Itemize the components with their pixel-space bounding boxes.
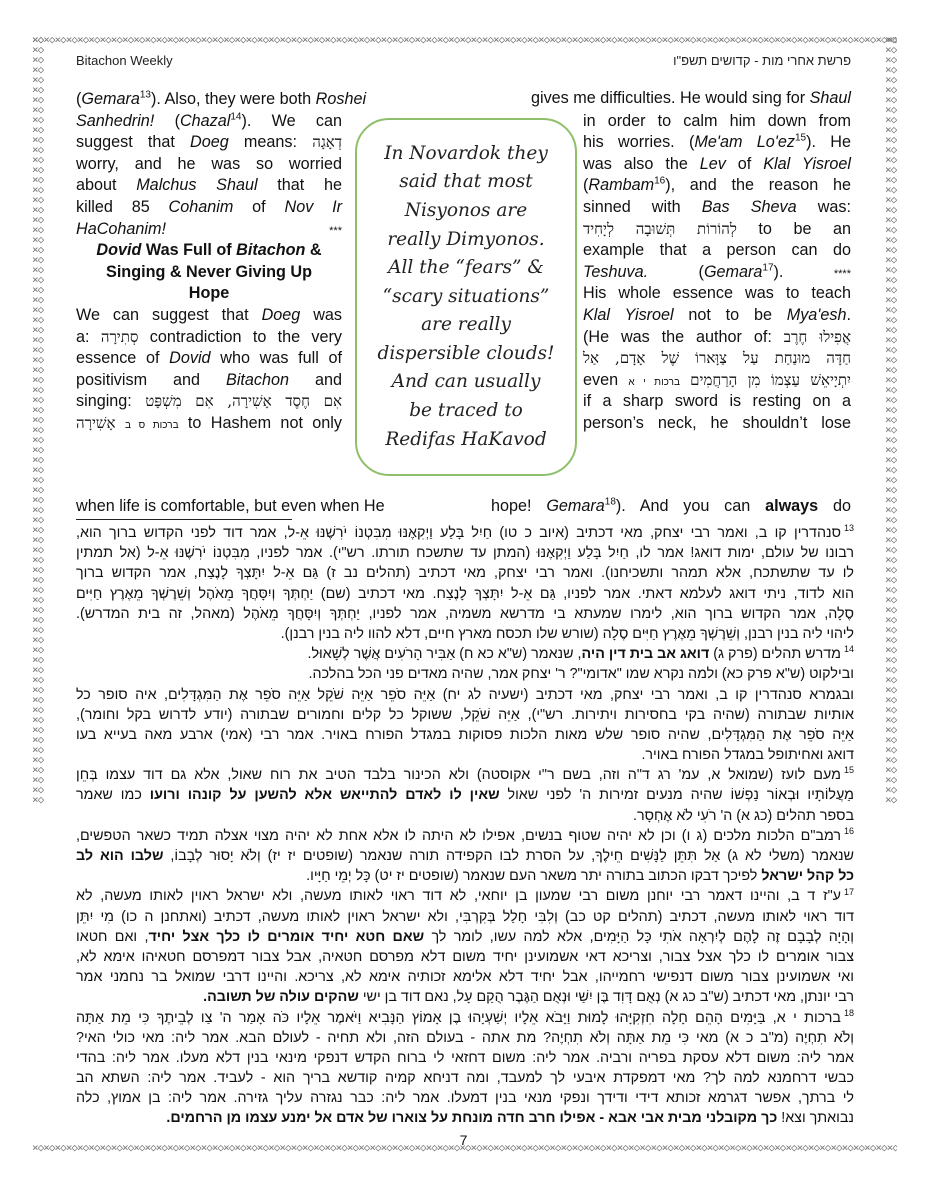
border-left: ×◇×◇×◇×◇×◇×◇×◇×◇×◇×◇×◇×◇×◇×◇×◇×◇×◇×◇×◇×◇…	[32, 35, 44, 1155]
publication-title: Bitachon Weekly	[76, 53, 173, 68]
footnote-line: סֶלָה, אמר הקדוש ברוך הוא, לימרו שמעתא ב…	[76, 604, 854, 624]
footnote-line: אַיֵּה סֹפֵר אֶת הַמִּגְדָּלִים, שהיה סו…	[76, 725, 854, 745]
section-divider-stars: ****	[834, 268, 851, 280]
footnote-line: אמר ליה: משום דלא עסקת בפריה ורביה. אמר …	[76, 1048, 854, 1068]
quote-line: dispersible clouds!	[378, 340, 555, 369]
footnote-line: לו עד שתשתכח, אלא תמהר ותשכיחנו). ואמר ר…	[76, 563, 854, 583]
text-line: his worries. (Me'am Lo'ez15). He	[583, 132, 851, 154]
text-line: לְהוֹרוֹת תְּשׁוּבָה לְיָחִיד to be an	[583, 219, 851, 241]
left-column: (Gemara13). Also, they were both Roshei …	[76, 89, 342, 435]
text-line: killed 85 Cohanim of Nov Ir	[76, 197, 342, 219]
footnote-line: רבי יונתן, מאי דכתיב (ש"ב כג א) נְאֻם דָ…	[76, 987, 854, 1007]
pull-quote-box: In Novardok they said that most Nisyonos…	[355, 118, 577, 476]
footnote-line: דואג ואחיתופל במגדל הפורח באויר.	[76, 745, 854, 765]
footnote-13: 13סנהדרין קו ב, ואמר רבי יצחק, מאי דכתיב…	[76, 523, 854, 543]
right-column: in order to calm him down from his worri…	[583, 111, 851, 435]
quote-line: are really	[421, 311, 511, 340]
quote-line: Nisyonos are	[405, 197, 527, 226]
footnotes: 13סנהדרין קו ב, ואמר רבי יצחק, מאי דכתיב…	[76, 523, 854, 1129]
quote-line: All the “fears” &	[388, 254, 544, 283]
footnote-line: ובגמרא סנהדרין קו ב, ואמר רבי יצחק, מאי …	[76, 685, 854, 705]
footnote-16: 16רמב"ם הלכות מלכים (ג ו) וכן לא יהיה שט…	[76, 826, 854, 846]
text-line: gives me difficulties. He would sing for…	[491, 89, 851, 108]
text-line: suggest that Doeg means: דְאָגָה	[76, 132, 342, 154]
footnote-number: 13	[844, 523, 854, 533]
text-line: HaCohanim! ***	[76, 219, 342, 241]
footnote-14: 14מדרש תהלים (פרק ג) דואג אב בית דין היה…	[76, 644, 854, 664]
footnote-line: מַעֲלוֹתָיו וּבְאוֹר נַפְשׁוֹ שהיה מנעים…	[76, 785, 854, 805]
text-line: (Gemara13). Also, they were both Roshei	[76, 89, 342, 111]
footnote-line: רבונו של עולם, ימות דואג! אמר לו, חַיִל …	[76, 543, 854, 563]
footnote-line: בספר תהלים (כג א) ה' רֹעִי לֹא אֶחְסָר.	[76, 806, 854, 826]
footnote-15: 15מעם לועז (שמואל א, עמ' רג ד"ה וזה, בשם…	[76, 765, 854, 785]
quote-line: In Novardok they	[384, 140, 548, 169]
border-top: ×◇×◇×◇×◇×◇×◇×◇×◇×◇×◇×◇×◇×◇×◇×◇×◇×◇×◇×◇×◇…	[32, 35, 897, 47]
quote-line: really Dimyonos.	[387, 226, 544, 255]
text-line: in order to calm him down from	[583, 111, 851, 133]
text-line: Teshuva. (Gemara17). ****	[583, 262, 851, 284]
text-line: sinned with Bas Sheva was:	[583, 197, 851, 219]
footnote-line: צבור אומרים לו כלך אצל צבור, וצריכא דאי …	[76, 947, 854, 967]
footnote-line: הוא לדוד, ניתי דואג לעלמא דאתי. אמר לפני…	[76, 584, 854, 604]
text-line: חַדָּה מוּנַחַת עַל צַוָּארוֹ שֶׁל אָדָם…	[583, 348, 851, 370]
text-line: was also the Lev of Klal Yisroel	[583, 154, 851, 176]
parsha-title: פרשת אחרי מות - קדושים תשפ"ו	[673, 53, 851, 68]
footnote-line: ליהוי ליה בנין רבנן, וְשֵׁרֶשְׁךָ מֵאֶרֶ…	[76, 624, 854, 644]
footnote-line: אותיות שבתורה (שהיה בקי בחסירות ויתירות.…	[76, 705, 854, 725]
section-heading: Dovid Was Full of Bitachon &	[76, 240, 342, 262]
footnote-line: ואי אשמועינן צבור משום דנפישי רחמייהו, א…	[76, 967, 854, 987]
text-line: essence of Dovid who was full of	[76, 348, 342, 370]
text-line: if a sharp sword is resting on a	[583, 391, 851, 413]
text-line: worry, and he was so worried	[76, 154, 342, 176]
text-line: about Malchus Shaul that he	[76, 175, 342, 197]
footnote-line: ובילקוט (ש"א פרק כא) ולמה נקרא שמו "אדומ…	[76, 664, 854, 684]
text-line: Klal Yisroel not to be Mya'esh.	[583, 305, 851, 327]
text-line: example that a person can do	[583, 240, 851, 262]
text-line: ברכות ס ב אָשִׁירָה to Hashem not only	[76, 413, 342, 435]
text-line: singing: אִם חֶסֶד אָשִׁירָה, אִם מִשְׁפ…	[76, 391, 342, 413]
text-line: His whole essence was to teach	[583, 283, 851, 305]
section-heading: Hope	[76, 283, 342, 305]
footnote-line: לי ברתך, אפשר דגרמא זכותא דידי ודידך ונפ…	[76, 1088, 854, 1108]
text-line: person’s neck, he shouldn’t lose	[583, 413, 851, 435]
quote-line: be traced to	[409, 397, 523, 426]
border-right: ×◇×◇×◇×◇×◇×◇×◇×◇×◇×◇×◇×◇×◇×◇×◇×◇×◇×◇×◇×◇…	[885, 35, 897, 1155]
quote-line: “scary situations”	[383, 283, 550, 312]
footnote-separator	[76, 519, 292, 520]
footnote-18: 18ברכות י א, בַּיָּמִים הָהֵם חָלָה חִזְ…	[76, 1008, 854, 1028]
page-number: 7	[0, 1132, 927, 1148]
quote-line: Redifas HaKavod	[385, 426, 546, 455]
text-line: when life is comfortable, but even when …	[76, 497, 466, 516]
text-line: a: סְתִירָה contradiction to the very	[76, 327, 342, 349]
text-line: hope! Gemara18). And you can always do	[491, 497, 851, 516]
text-line: Sanhedrin! (Chazal14). We can	[76, 111, 342, 133]
footnote-line: דוד ראוי לאותו מעשה, דכתיב (תהלים קט כב)…	[76, 907, 854, 927]
footnote-line: כל קהל ישראל לפיכך דבקו הכתוב בתורה יתר …	[76, 866, 854, 886]
section-divider-stars: ***	[329, 225, 342, 237]
section-heading: Singing & Never Giving Up	[76, 262, 342, 284]
footnote-line: וְהָיָה לְבָבָם זֶה לָהֶם לְיִרְאָה אֹתִ…	[76, 927, 854, 947]
text-line: (He was the author of: אֲפִילוּ חֶרֶב	[583, 327, 851, 349]
footnote-line: שנאמר (משלי לא ג) אַל תִּתֵּן לַנָּשִׁים…	[76, 846, 854, 866]
footnote-line: כבשי דרחמנא למה לך? מאי דמפקדת איבעי לך …	[76, 1068, 854, 1088]
footnote-line: וְלֹא תִחְיֶה (מ"ב כ א) מאי כִּי מֵת אַת…	[76, 1028, 854, 1048]
footnote-17: 17ע"ז ד ב, והיינו דאמר רבי יוחנן משום רב…	[76, 886, 854, 906]
text-line: (Rambam16), and the reason he	[583, 175, 851, 197]
quote-line: And can usually	[392, 368, 541, 397]
text-line: We can suggest that Doeg was	[76, 305, 342, 327]
page-header: Bitachon Weekly פרשת אחרי מות - קדושים ת…	[76, 53, 851, 71]
text-line: positivism and Bitachon and	[76, 370, 342, 392]
text-line: even יִתְיָיאֵשׁ עַצְמוֹ מִן הָרַחֲמִים …	[583, 370, 851, 392]
quote-line: said that most	[399, 168, 532, 197]
footnote-line: נבואתך וצא! כך מקובלני מבית אבי אבא - אפ…	[76, 1108, 854, 1128]
